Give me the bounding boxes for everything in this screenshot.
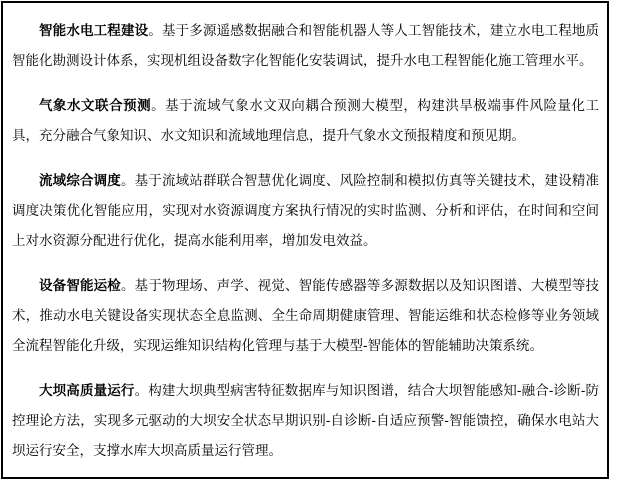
paragraph-heading: 气象水文联合预测: [39, 98, 151, 113]
paragraph-dam-operation: 大坝高质量运行。构建大坝典型病害特征数据库与知识图谱，结合大坝智能感知-融合-诊…: [12, 376, 599, 466]
paragraph-separator: 。: [121, 278, 135, 293]
paragraph-separator: 。: [151, 98, 165, 113]
paragraph-heading: 大坝高质量运行: [39, 383, 135, 398]
paragraph-meteo-hydro-forecast: 气象水文联合预测。基于流域气象水文双向耦合预测大模型，构建洪旱极端事件风险量化工…: [12, 91, 599, 151]
paragraph-separator: 。: [135, 383, 149, 398]
paragraph-separator: 。: [121, 173, 135, 188]
page-border-frame: 智能水电工程建设。基于多源遥感数据融合和智能机器人等人工智能技术，建立水电工程地…: [1, 1, 609, 479]
paragraph-separator: 。: [148, 23, 162, 38]
paragraph-heading: 智能水电工程建设: [39, 23, 148, 38]
paragraph-equipment-inspection: 设备智能运检。基于物理场、声学、视觉、智能传感器等多源数据以及知识图谱、大模型等…: [12, 271, 599, 361]
paragraph-basin-dispatch: 流域综合调度。基于流域站群联合智慧优化调度、风险控制和模拟仿真等关键技术，建设精…: [12, 166, 599, 256]
document-page: 智能水电工程建设。基于多源遥感数据融合和智能机器人等人工智能技术，建立水电工程地…: [0, 0, 618, 486]
paragraph-heading: 流域综合调度: [39, 173, 121, 188]
paragraph-smart-hydropower-construction: 智能水电工程建设。基于多源遥感数据融合和智能机器人等人工智能技术，建立水电工程地…: [12, 16, 599, 76]
paragraph-heading: 设备智能运检: [39, 278, 121, 293]
